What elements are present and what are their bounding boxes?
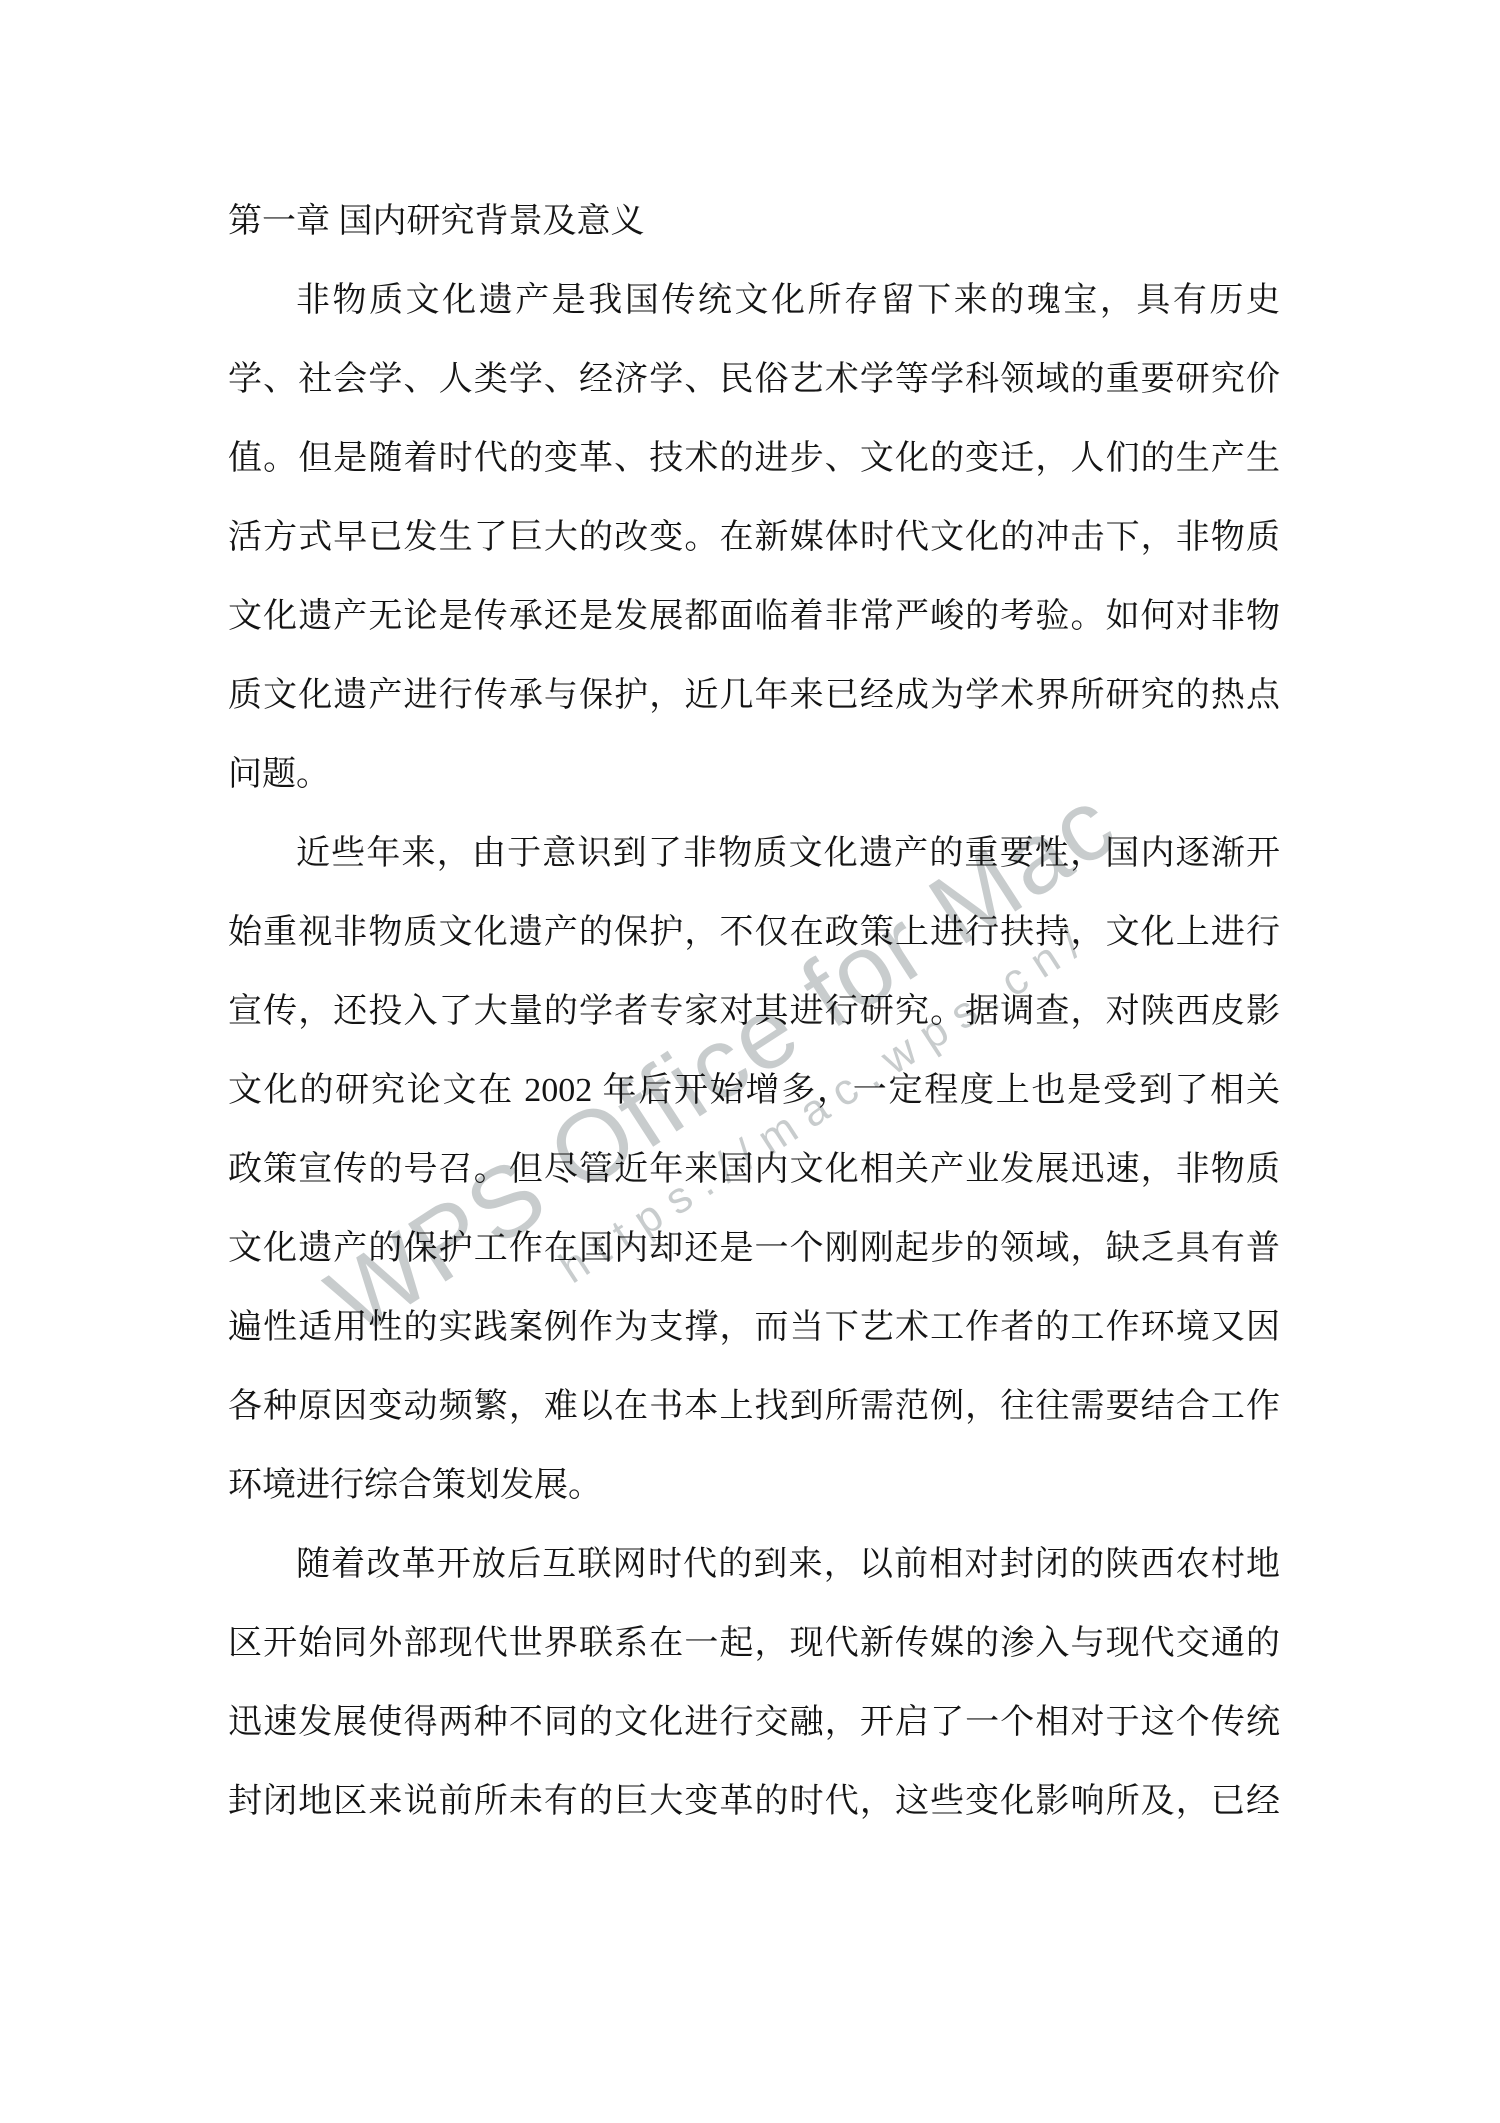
text-line: 问题。 xyxy=(228,735,1280,814)
text-line: 文化遗产的保护工作在国内却还是一个刚刚起步的领域，缺乏具有普 xyxy=(228,1209,1280,1288)
text-line: 值。但是随着时代的变革、技术的进步、文化的变迁，人们的生产生 xyxy=(228,419,1280,498)
text-line: 非物质文化遗产是我国传统文化所存留下来的瑰宝，具有历史 xyxy=(228,261,1280,340)
text-line: 各种原因变动频繁，难以在书本上找到所需范例，往往需要结合工作 xyxy=(228,1367,1280,1446)
text-line: 学、社会学、人类学、经济学、民俗艺术学等学科领域的重要研究价 xyxy=(228,340,1280,419)
paragraph: 近些年来，由于意识到了非物质文化遗产的重要性，国内逐渐开 始重视非物质文化遗产的… xyxy=(228,814,1280,1525)
text-line: 近些年来，由于意识到了非物质文化遗产的重要性，国内逐渐开 xyxy=(228,814,1280,893)
document-text-block: 第一章 国内研究背景及意义 非物质文化遗产是我国传统文化所存留下来的瑰宝，具有历… xyxy=(228,182,1280,1841)
text-line: 迅速发展使得两种不同的文化进行交融，开启了一个相对于这个传统 xyxy=(228,1683,1280,1762)
text-line: 活方式早已发生了巨大的改变。在新媒体时代文化的冲击下，非物质 xyxy=(228,498,1280,577)
paragraph: 随着改革开放后互联网时代的到来，以前相对封闭的陕西农村地 区开始同外部现代世界联… xyxy=(228,1525,1280,1841)
text-line: 质文化遗产进行传承与保护，近几年来已经成为学术界所研究的热点 xyxy=(228,656,1280,735)
text-line: 文化的研究论文在 2002 年后开始增多，一定程度上也是受到了相关 xyxy=(228,1051,1280,1130)
text-line: 环境进行综合策划发展。 xyxy=(228,1446,1280,1525)
text-line: 文化遗产无论是传承还是发展都面临着非常严峻的考验。如何对非物 xyxy=(228,577,1280,656)
text-line: 区开始同外部现代世界联系在一起，现代新传媒的渗入与现代交通的 xyxy=(228,1604,1280,1683)
text-line: 政策宣传的号召。但尽管近年来国内文化相关产业发展迅速，非物质 xyxy=(228,1130,1280,1209)
text-line: 随着改革开放后互联网时代的到来，以前相对封闭的陕西农村地 xyxy=(228,1525,1280,1604)
text-line: 遍性适用性的实践案例作为支撑，而当下艺术工作者的工作环境又因 xyxy=(228,1288,1280,1367)
text-line: 封闭地区来说前所未有的巨大变革的时代，这些变化影响所及，已经 xyxy=(228,1762,1280,1841)
text-line: 始重视非物质文化遗产的保护，不仅在政策上进行扶持，文化上进行 xyxy=(228,893,1280,972)
text-line: 宣传，还投入了大量的学者专家对其进行研究。据调查，对陕西皮影 xyxy=(228,972,1280,1051)
paragraph: 非物质文化遗产是我国传统文化所存留下来的瑰宝，具有历史 学、社会学、人类学、经济… xyxy=(228,261,1280,814)
chapter-title: 第一章 国内研究背景及意义 xyxy=(228,182,1280,261)
document-page: WPS Office for Mac https://mac.wps.cn/ 第… xyxy=(0,0,1500,2123)
